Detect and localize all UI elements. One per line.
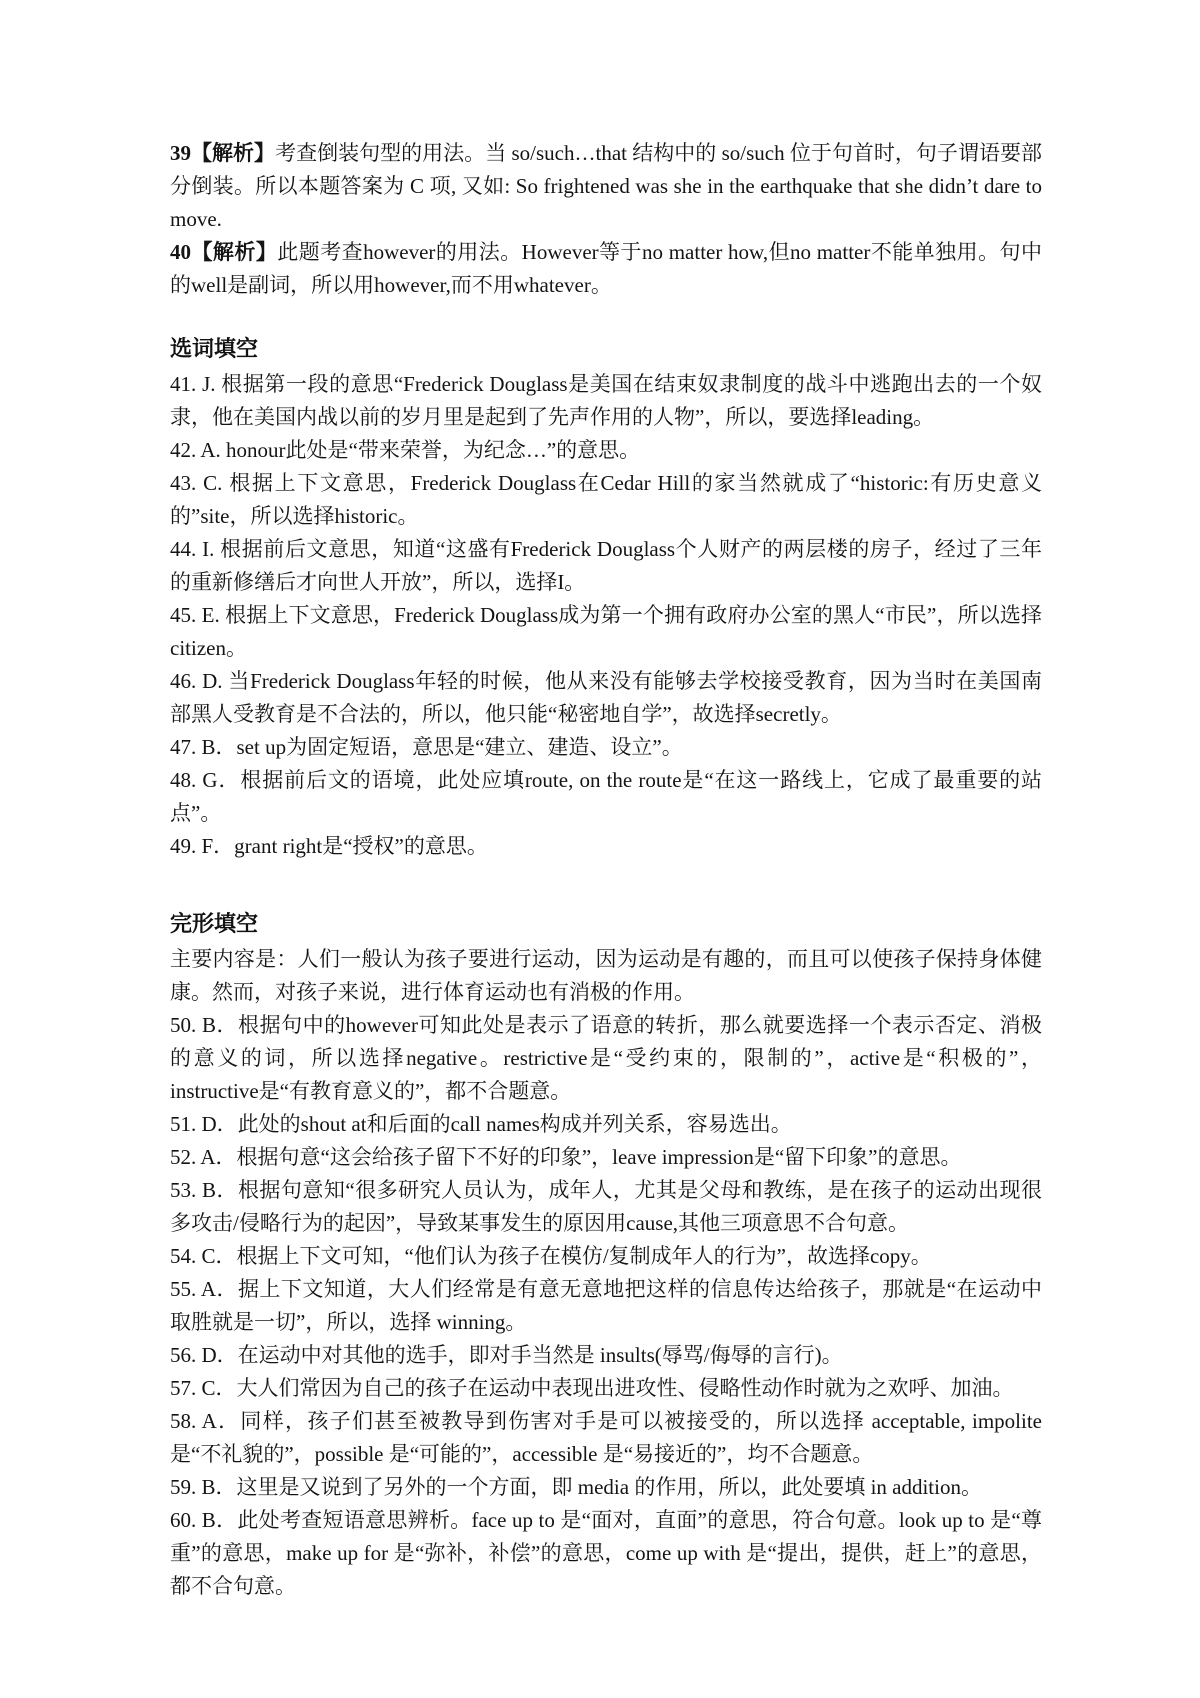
answer-item-57: 57. C．大人们常因为自己的孩子在运动中表现出进攻性、侵略性动作时就为之欢呼、… [170,1372,1042,1405]
answer-item-41: 41. J. 根据第一段的意思“Frederick Douglass是美国在结束… [170,368,1042,434]
answer-item-40-body: 此题考查however的用法。However等于no matter how,但n… [170,240,1042,297]
answer-item-46: 46. D. 当Frederick Douglass年轻的时候，他从来没有能够去… [170,665,1042,731]
answer-item-58: 58. A．同样，孩子们甚至被教导到伤害对手是可以被接受的，所以选择 accep… [170,1405,1042,1471]
answer-item-39-body: 考查倒装句型的用法。当 so/such…that 结构中的 so/such 位于… [170,141,1042,231]
answer-item-45: 45. E. 根据上下文意思，Frederick Douglass成为第一个拥有… [170,599,1042,665]
answer-item-49: 49. F．grant right是“授权”的意思。 [170,830,1042,863]
answer-item-55: 55. A．据上下文知道，大人们经常是有意无意地把这样的信息传达给孩子，那就是“… [170,1273,1042,1339]
answer-item-40: 40【解析】此题考查however的用法。However等于no matter … [170,236,1042,302]
answer-item-42: 42. A. honour此处是“带来荣誉，为纪念…”的意思。 [170,434,1042,467]
answer-item-56: 56. D．在运动中对其他的选手，即对手当然是 insults(辱骂/侮辱的言行… [170,1339,1042,1372]
answer-item-40-prefix: 40【解析】 [170,240,277,264]
answer-item-44: 44. I. 根据前后文意思，知道“这盛有Frederick Douglass个… [170,533,1042,599]
document-page: 39【解析】考查倒装句型的用法。当 so/such…that 结构中的 so/s… [0,0,1200,1698]
answer-item-51: 51. D．此处的shout at和后面的call names构成并列关系，容易… [170,1108,1042,1141]
answer-item-47: 47. B．set up为固定短语，意思是“建立、建造、设立”。 [170,731,1042,764]
answer-item-60: 60. B．此处考查短语意思辨析。face up to 是“面对，直面”的意思，… [170,1504,1042,1603]
answer-item-43: 43. C. 根据上下文意思，Frederick Douglass在Cedar … [170,467,1042,533]
answer-item-52: 52. A．根据句意“这会给孩子留下不好的印象”，leave impressio… [170,1141,1042,1174]
answer-item-39-prefix: 39【解析】 [170,141,275,165]
answer-item-54: 54. C．根据上下文可知，“他们认为孩子在模仿/复制成年人的行为”，故选择co… [170,1240,1042,1273]
section-title-word-fill: 选词填空 [170,332,1042,366]
answer-item-39: 39【解析】考查倒装句型的用法。当 so/such…that 结构中的 so/s… [170,137,1042,236]
section-title-cloze: 完形填空 [170,907,1042,941]
answer-item-59: 59. B．这里是又说到了另外的一个方面，即 media 的作用，所以，此处要填… [170,1471,1042,1504]
answer-item-50: 50. B．根据句中的however可知此处是表示了语意的转折，那么就要选择一个… [170,1009,1042,1108]
cloze-summary: 主要内容是：人们一般认为孩子要进行运动，因为运动是有趣的，而且可以使孩子保持身体… [170,943,1042,1009]
answer-item-48: 48. G．根据前后文的语境，此处应填route, on the route是“… [170,764,1042,830]
answer-item-53: 53. B．根据句意知“很多研究人员认为，成年人，尤其是父母和教练，是在孩子的运… [170,1174,1042,1240]
